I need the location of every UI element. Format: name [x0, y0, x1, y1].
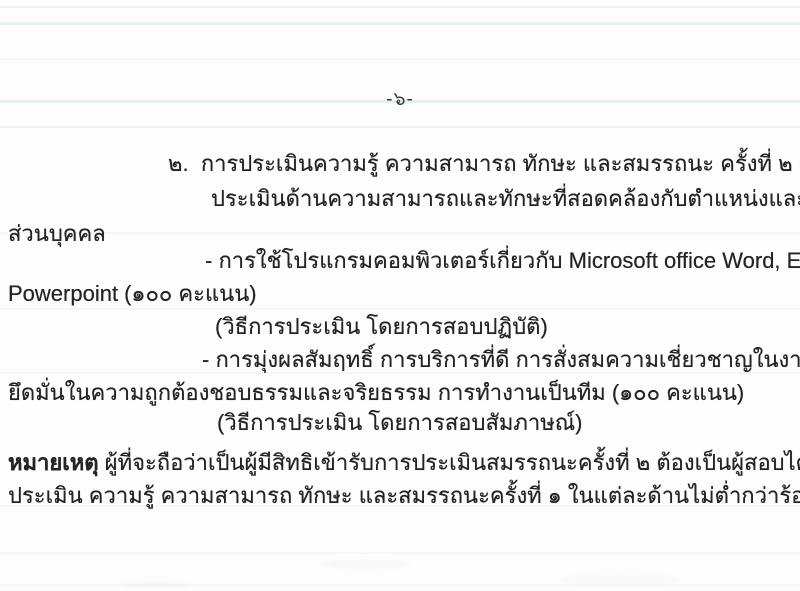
- scan-line: [0, 58, 800, 60]
- note-line-2: ประเมิน ความรู้ ความสามารถ ทักษะ และสมรร…: [8, 481, 800, 511]
- doc-line-bullet-computer: - การใช้โปรแกรมคอมพิวเตอร์เกี่ยวกับ Micr…: [205, 246, 800, 276]
- paper-smudge: [120, 582, 190, 588]
- scan-line: [0, 126, 800, 128]
- doc-line-bullet-computer-cont: Powerpoint (๑๐๐ คะแนน): [8, 279, 257, 309]
- scanned-document-page: -๖- ๒. การประเมินความรู้ ความสามารถ ทักษ…: [0, 0, 800, 591]
- doc-line-method-practical: (วิธีการประเมิน โดยการสอบปฏิบัติ): [215, 312, 548, 342]
- page-number: -๖-: [0, 84, 800, 114]
- scan-line: [0, 6, 800, 8]
- doc-line-method-interview: (วิธีการประเมิน โดยการสอบสัมภาษณ์): [217, 408, 582, 438]
- note-label: หมายเหตุ: [8, 450, 99, 475]
- paper-smudge: [320, 560, 410, 568]
- scan-line: [0, 232, 800, 234]
- doc-line-item2-heading: ๒. การประเมินความรู้ ความสามารถ ทักษะ แล…: [168, 149, 800, 179]
- doc-line-bullet-competency: - การมุ่งผลสัมฤทธิ์ การบริการที่ดี การสั…: [202, 345, 800, 375]
- note-line-1: หมายเหตุ ผู้ที่จะถือว่าเป็นผู้มีสิทธิเข้…: [8, 448, 800, 478]
- doc-line-item2-desc: ประเมินด้านความสามารถและทักษะที่สอดคล้อง…: [211, 184, 800, 214]
- doc-line-item2-desc-cont: ส่วนบุคคล: [8, 219, 106, 249]
- note-line-1-text: ผู้ที่จะถือว่าเป็นผู้มีสิทธิเข้ารับการปร…: [99, 450, 800, 475]
- scan-line: [0, 22, 800, 25]
- paper-smudge: [560, 575, 680, 584]
- doc-line-bullet-competency-cont: ยึดมั่นในความถูกต้องชอบธรรมและจริยธรรม ก…: [8, 378, 744, 408]
- scan-line: [0, 584, 800, 586]
- scan-line: [0, 552, 800, 554]
